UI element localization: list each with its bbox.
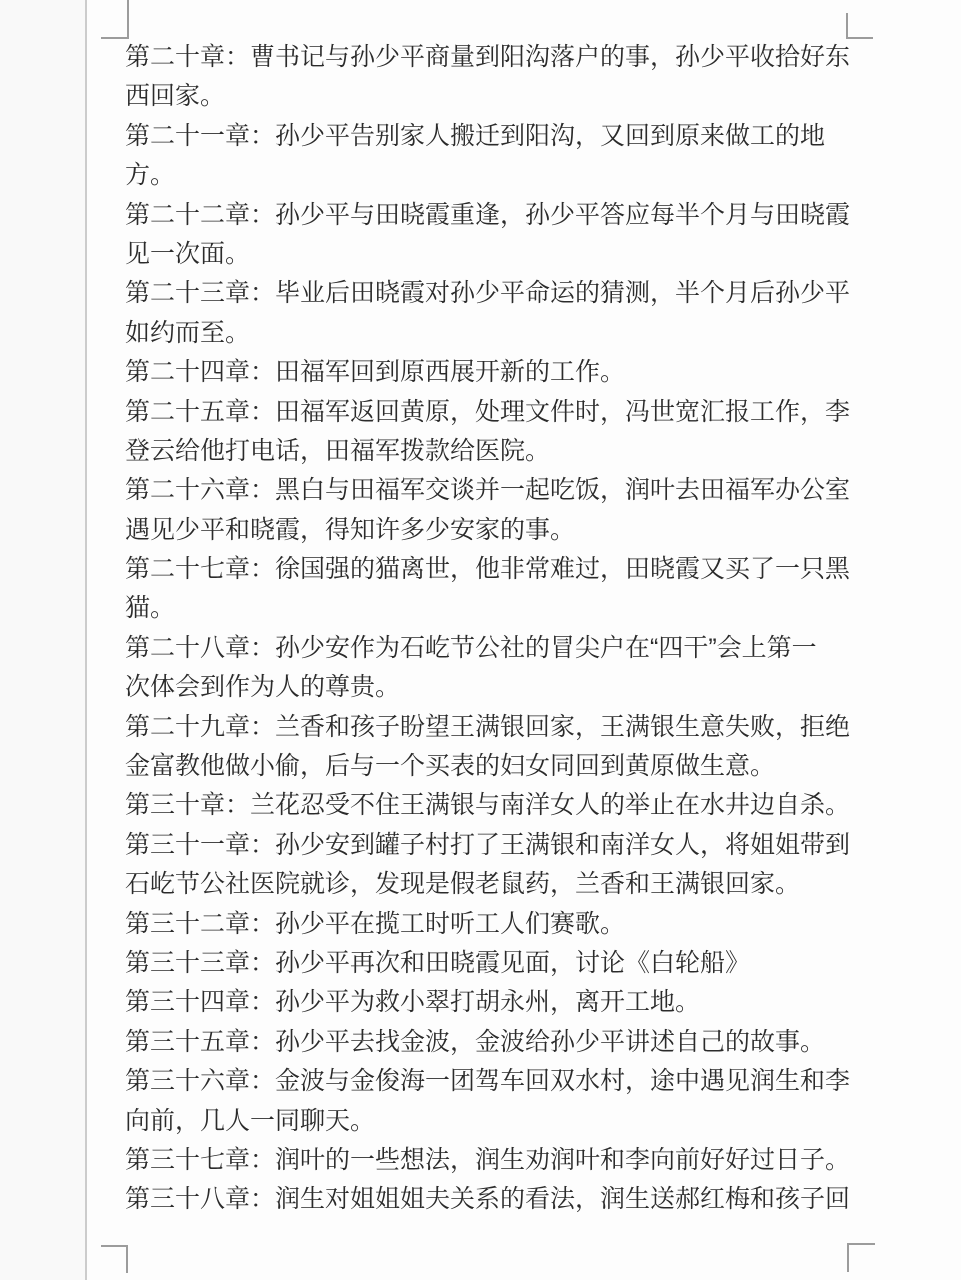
text-line: 第三十七章：润叶的一些想法，润生劝润叶和李向前好好过日子。 — [125, 1141, 865, 1180]
document-page: 第二十章：曹书记与孙少平商量到阳沟落户的事，孙少平收拾好东西回家。第二十一章：孙… — [0, 0, 961, 1280]
text-line: 第二十七章：徐国强的猫离世，他非常难过，田晓霞又买了一只黑 — [125, 550, 865, 589]
text-line: 次体会到作为人的尊贵。 — [125, 668, 865, 707]
text-line: 第二十九章：兰香和孩子盼望王满银回家，王满银生意失败，拒绝 — [125, 708, 865, 747]
text-line: 如约而至。 — [125, 314, 865, 353]
text-line: 第二十五章：田福军返回黄原，处理文件时，冯世宽汇报工作，李 — [125, 393, 865, 432]
text-line: 第二十三章：毕业后田晓霞对孙少平命运的猜测，半个月后孙少平 — [125, 274, 865, 313]
text-line: 第三十章：兰花忍受不住王满银与南洋女人的举止在水井边自杀。 — [125, 786, 865, 825]
text-line: 第二十章：曹书记与孙少平商量到阳沟落户的事，孙少平收拾好东 — [125, 38, 865, 77]
crop-mark-top-right — [846, 13, 873, 39]
text-line: 第二十六章：黑白与田福军交谈并一起吃饭，润叶去田福军办公室 — [125, 471, 865, 510]
text-line: 第三十五章：孙少平去找金波，金波给孙少平讲述自己的故事。 — [125, 1023, 865, 1062]
text-line: 第二十四章：田福军回到原西展开新的工作。 — [125, 353, 865, 392]
text-line: 第三十六章：金波与金俊海一团驾车回双水村，途中遇见润生和李 — [125, 1062, 865, 1101]
text-line: 第三十四章：孙少平为救小翠打胡永州，离开工地。 — [125, 983, 865, 1022]
text-line: 猫。 — [125, 589, 865, 628]
crop-mark-bottom-left — [101, 1245, 128, 1273]
crop-mark-bottom-right — [847, 1243, 875, 1272]
page-edge-line — [85, 0, 87, 1280]
text-line: 第二十八章：孙少安作为石屹节公社的冒尖户在“四干”会上第一 — [125, 629, 865, 668]
text-line: 第三十三章：孙少平再次和田晓霞见面，讨论《白轮船》 — [125, 944, 865, 983]
crop-mark-top-left — [101, 0, 129, 39]
text-line: 见一次面。 — [125, 235, 865, 274]
text-line: 第三十八章：润生对姐姐姐夫关系的看法，润生送郝红梅和孩子回 — [125, 1180, 865, 1219]
text-line: 第三十二章：孙少平在揽工时听工人们赛歌。 — [125, 905, 865, 944]
document-text: 第二十章：曹书记与孙少平商量到阳沟落户的事，孙少平收拾好东西回家。第二十一章：孙… — [125, 38, 865, 1220]
text-line: 石屹节公社医院就诊，发现是假老鼠药，兰香和王满银回家。 — [125, 865, 865, 904]
text-line: 登云给他打电话，田福军拨款给医院。 — [125, 432, 865, 471]
text-line: 金富教他做小偷，后与一个买表的妇女同回到黄原做生意。 — [125, 747, 865, 786]
text-line: 第二十二章：孙少平与田晓霞重逢，孙少平答应每半个月与田晓霞 — [125, 196, 865, 235]
text-line: 西回家。 — [125, 77, 865, 116]
left-margin-strip — [0, 0, 85, 1280]
text-line: 遇见少平和晓霞，得知许多少安家的事。 — [125, 511, 865, 550]
text-line: 第三十一章：孙少安到罐子村打了王满银和南洋女人，将姐姐带到 — [125, 826, 865, 865]
text-line: 方。 — [125, 156, 865, 195]
text-line: 第二十一章：孙少平告别家人搬迁到阳沟，又回到原来做工的地 — [125, 117, 865, 156]
text-line: 向前，几人一同聊天。 — [125, 1102, 865, 1141]
